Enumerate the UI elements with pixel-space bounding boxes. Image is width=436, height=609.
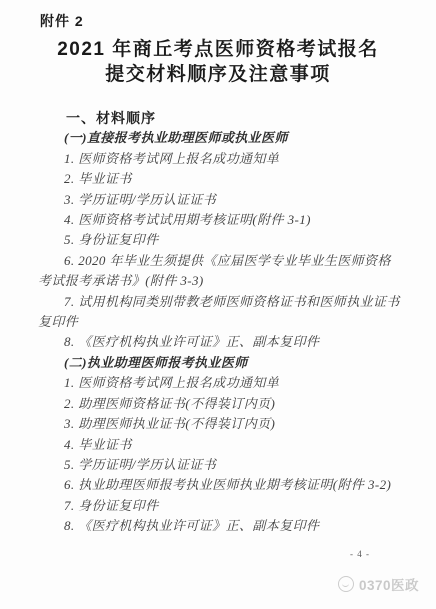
subsection-2-heading: (二)执业助理医师报考执业医师 [38, 353, 400, 373]
list-item: 7. 身份证复印件 [38, 496, 400, 516]
section-heading-material-order: 一、材料顺序 [38, 108, 400, 128]
list-item: 6. 2020 年毕业生须提供《应届医学专业毕业生医师资格考试报考承诺书》(附件… [38, 251, 400, 292]
title-line-2: 提交材料顺序及注意事项 [105, 64, 331, 85]
list-item: 7. 试用机构同类别带教老师医师资格证书和医师执业证书复印件 [38, 292, 400, 333]
title-line-1: 2021 年商丘考点医师资格考试报名 [57, 39, 379, 60]
list-item: 8. 《医疗机构执业许可证》正、副本复印件 [38, 332, 400, 352]
list-item: 8. 《医疗机构执业许可证》正、副本复印件 [38, 516, 400, 536]
document-title: 2021 年商丘考点医师资格考试报名 提交材料顺序及注意事项 [0, 37, 436, 87]
watermark: 0370医政 [338, 574, 419, 594]
document-page: 附件 2 2021 年商丘考点医师资格考试报名 提交材料顺序及注意事项 一、材料… [0, 0, 436, 609]
attachment-label: 附件 2 [0, 0, 436, 31]
page-number: - 4 - [350, 549, 370, 559]
list-item: 6. 执业助理医师报考执业医师执业期考核证明(附件 3-2) [38, 475, 400, 495]
list-item: 2. 助理医师资格证书(不得装订内页) [38, 394, 400, 414]
subsection-1-heading: (一)直接报考执业助理医师或执业医师 [38, 128, 400, 148]
list-item: 1. 医师资格考试网上报名成功通知单 [38, 373, 400, 393]
watermark-text: 0370医政 [359, 574, 419, 594]
list-item: 4. 毕业证书 [38, 435, 400, 455]
list-item: 2. 毕业证书 [38, 169, 400, 189]
list-item: 4. 医师资格考试试用期考核证明(附件 3-1) [38, 210, 400, 230]
list-item: 1. 医师资格考试网上报名成功通知单 [38, 149, 400, 169]
list-item: 3. 学历证明/学历认证证书 [38, 190, 400, 210]
list-item: 5. 学历证明/学历认证证书 [38, 455, 400, 475]
list-item: 3. 助理医师执业证书(不得装订内页) [38, 414, 400, 434]
watermark-logo-icon [338, 576, 354, 592]
document-body: 一、材料顺序 (一)直接报考执业助理医师或执业医师 1. 医师资格考试网上报名成… [0, 87, 436, 537]
list-item: 5. 身份证复印件 [38, 230, 400, 250]
